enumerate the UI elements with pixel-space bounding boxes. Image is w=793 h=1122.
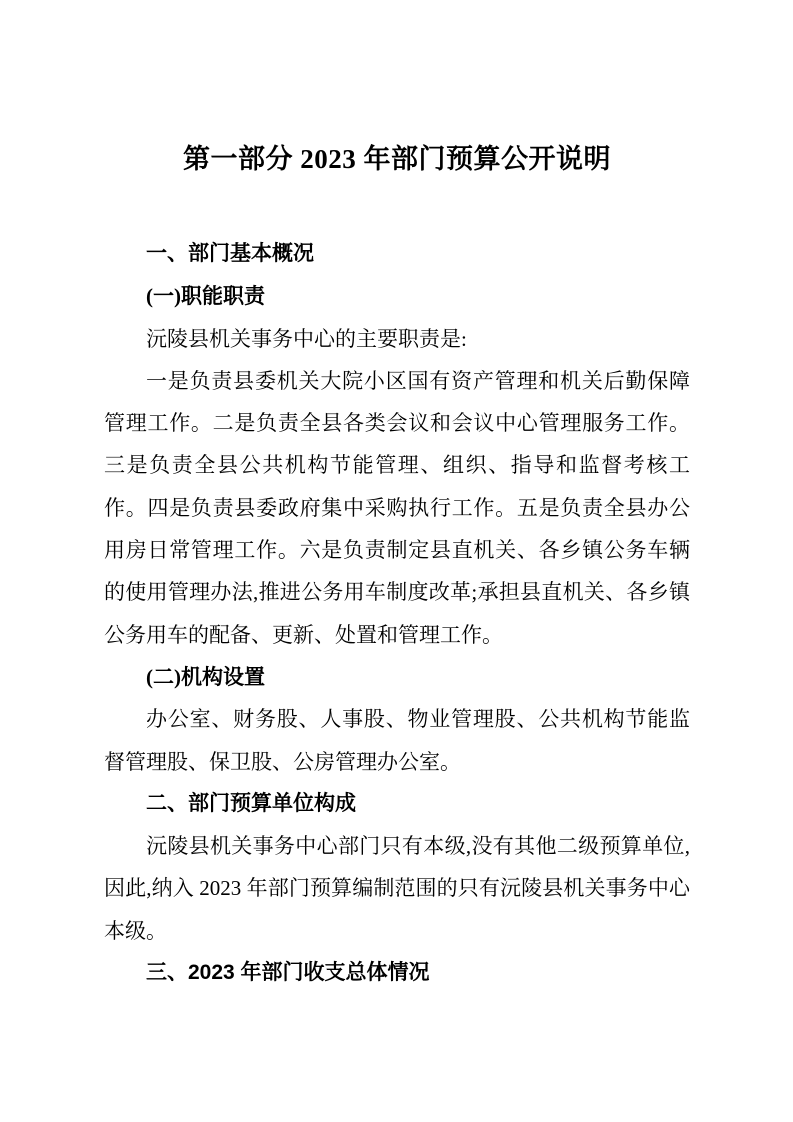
section-heading-level-1: 二、部门预算单位构成: [104, 783, 690, 825]
section-heading-level-1: 三、2023 年部门收支总体情况: [104, 952, 690, 994]
paragraph: 一是负责县委机关大院小区国有资产管理和机关后勤保障管理工作。二是负责全县各类会议…: [104, 360, 690, 656]
section-heading-level-2: (二)机构设置: [104, 656, 690, 698]
section-heading-level-2: (一)职能职责: [104, 275, 690, 317]
paragraph: 办公室、财务股、人事股、物业管理股、公共机构节能监督管理股、保卫股、公房管理办公…: [104, 698, 690, 783]
section-heading-level-1: 一、部门基本概况: [104, 233, 690, 275]
paragraph: 沅陵县机关事务中心的主要职责是:: [104, 318, 690, 360]
paragraph: 沅陵县机关事务中心部门只有本级,没有其他二级预算单位,因此,纳入 2023 年部…: [104, 825, 690, 952]
document-body: 一、部门基本概况(一)职能职责沅陵县机关事务中心的主要职责是:一是负责县委机关大…: [104, 233, 690, 994]
document-page: 第一部分 2023 年部门预算公开说明 一、部门基本概况(一)职能职责沅陵县机关…: [0, 0, 793, 1122]
document-title: 第一部分 2023 年部门预算公开说明: [104, 138, 690, 180]
